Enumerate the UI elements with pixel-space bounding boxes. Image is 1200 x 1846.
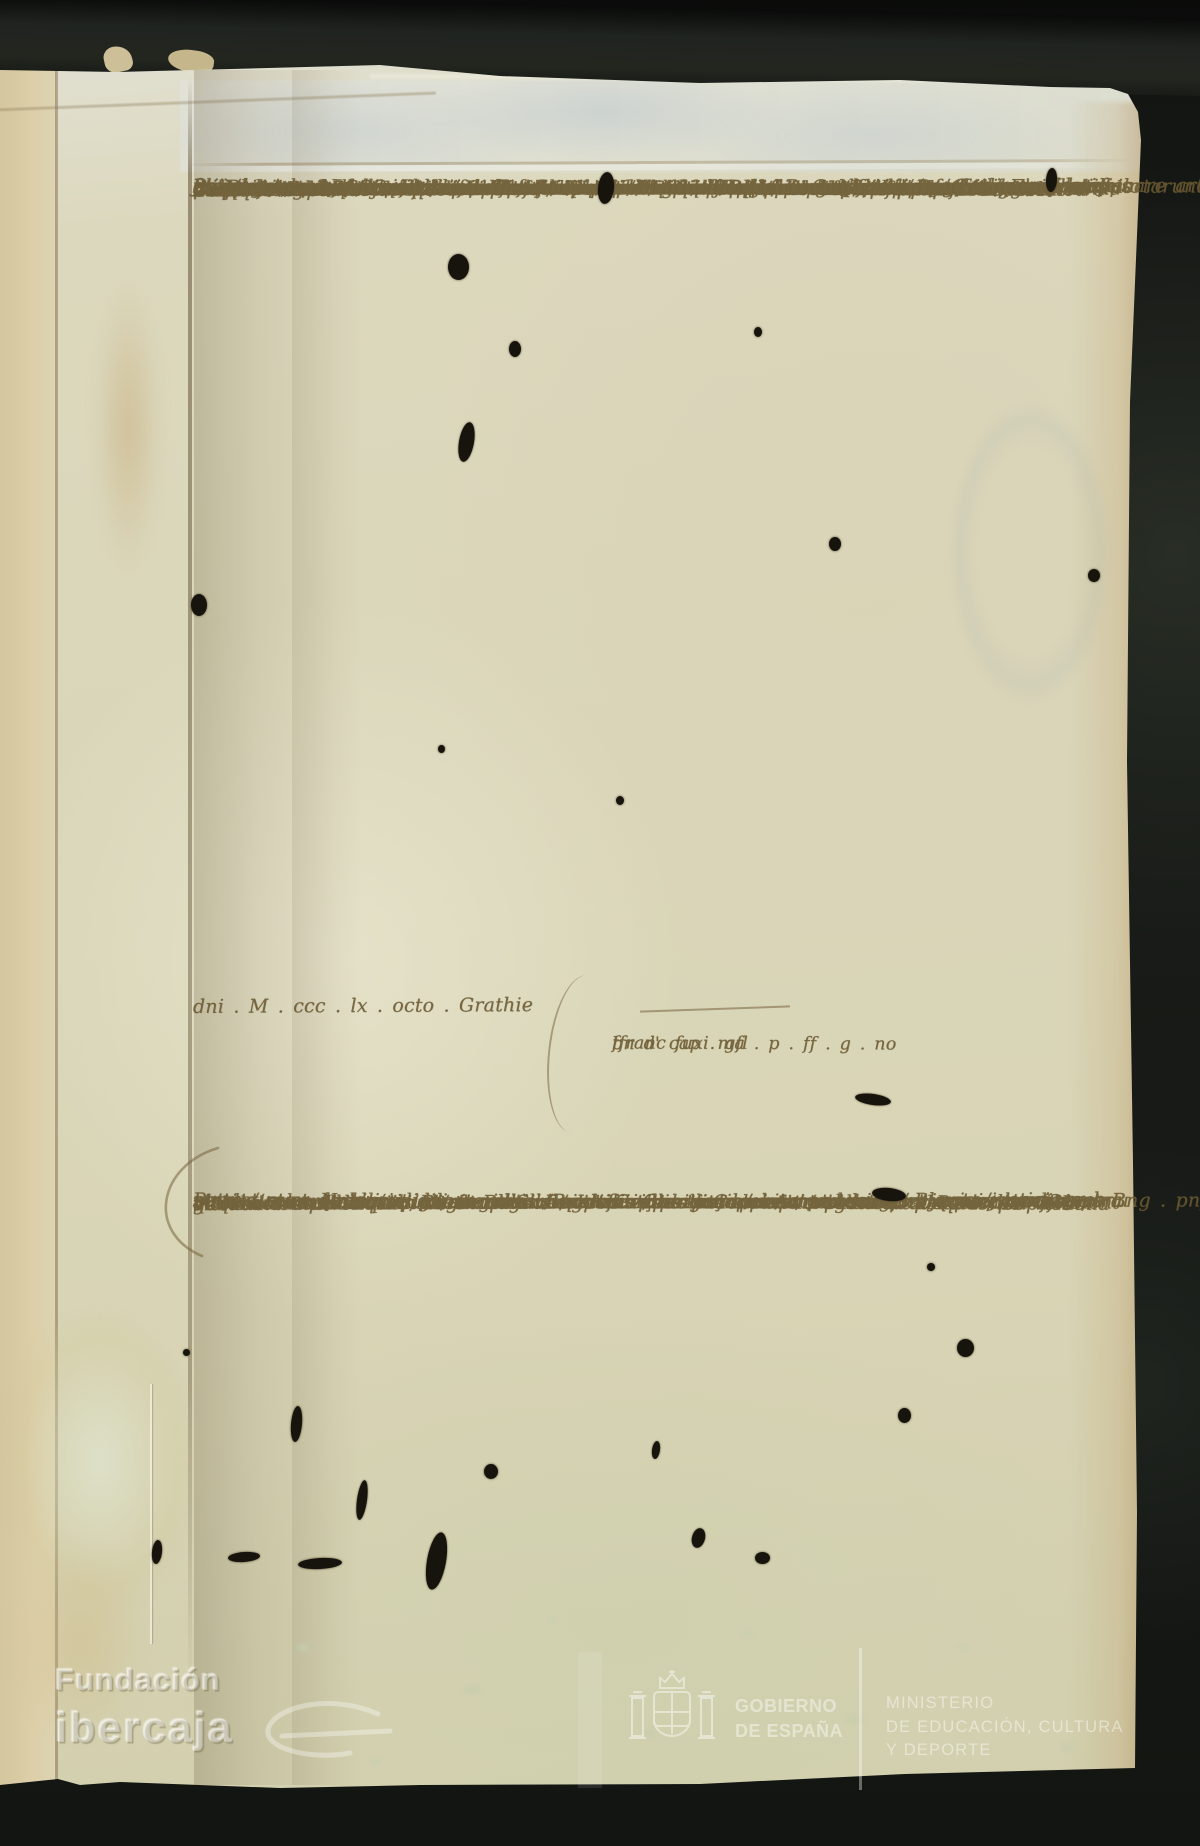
ink-hole — [438, 745, 445, 753]
ink-hole — [596, 171, 615, 204]
ink-hole — [957, 1339, 974, 1357]
spain-coat-of-arms-icon — [620, 1668, 724, 1768]
gobierno-line1: GOBIERNO — [735, 1694, 843, 1719]
ink-holes-layer — [0, 0, 1200, 1846]
ink-hole — [616, 796, 624, 805]
ink-hole — [298, 1557, 343, 1570]
watermark-separator-line — [859, 1648, 862, 1790]
ink-hole — [755, 1552, 770, 1564]
watermark-highlight-bar — [578, 1652, 602, 1788]
ink-hole — [448, 254, 469, 280]
ibercaja-watermark-line1: Fundación — [55, 1662, 221, 1698]
ink-hole — [456, 421, 478, 463]
gobierno-watermark: GOBIERNO DE ESPAÑA — [735, 1694, 843, 1744]
ministerio-line2: DE EDUCACIÓN, CULTURA — [886, 1716, 1124, 1740]
ibercaja-swoosh-icon — [256, 1698, 398, 1762]
ink-hole — [871, 1186, 906, 1202]
ministerio-watermark: MINISTERIO DE EDUCACIÓN, CULTURA Y DEPOR… — [886, 1692, 1124, 1763]
ink-hole — [898, 1408, 911, 1423]
ink-hole — [829, 537, 841, 551]
ink-hole — [651, 1441, 661, 1460]
ink-hole — [1088, 569, 1100, 582]
gobierno-line2: DE ESPAÑA — [735, 1719, 843, 1744]
ibercaja-watermark-line2: ibercaja — [55, 1704, 234, 1753]
ink-hole — [927, 1263, 935, 1271]
ink-hole — [754, 327, 762, 337]
ink-hole — [228, 1551, 261, 1563]
ink-hole — [289, 1406, 303, 1443]
ink-hole — [690, 1527, 708, 1550]
ink-hole — [183, 1349, 190, 1356]
ink-hole — [151, 1540, 163, 1565]
ink-hole — [354, 1479, 369, 1520]
ink-hole — [422, 1531, 451, 1591]
ink-hole — [509, 341, 521, 357]
ministerio-line3: Y DEPORTE — [886, 1739, 1124, 1763]
ink-hole — [484, 1464, 498, 1479]
ink-hole — [191, 594, 207, 616]
ministerio-line1: MINISTERIO — [886, 1692, 1124, 1716]
ink-hole — [1045, 168, 1058, 193]
manuscript-photo: Petrus etc . Nobili et dilecto Consiliar… — [0, 0, 1200, 1846]
ink-hole — [854, 1092, 891, 1108]
